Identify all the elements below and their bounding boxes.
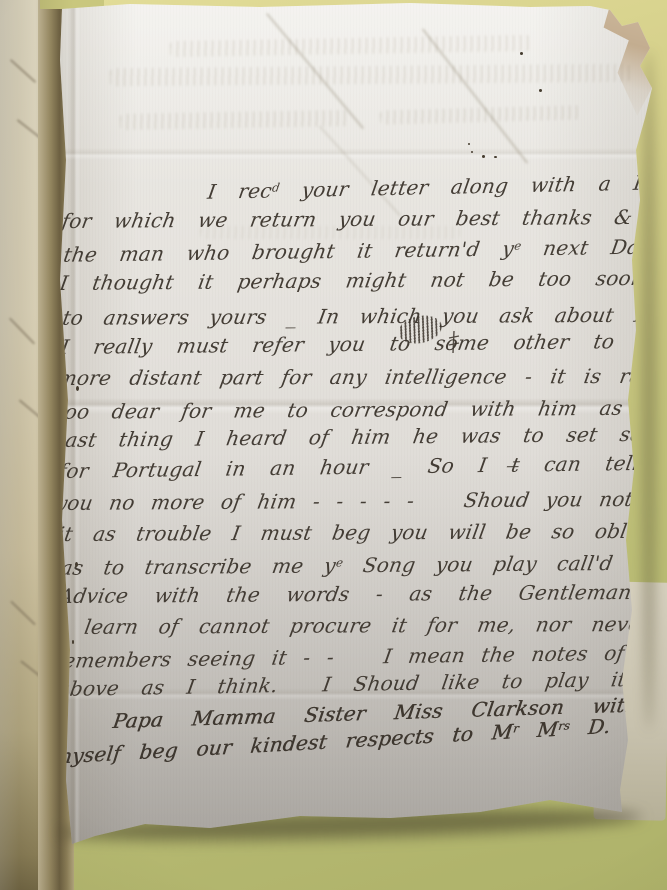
letter-line: for Portugal in an hour _ So I t̶ can te…: [57, 450, 641, 484]
letter-line: it as trouble I must beg you will be so …: [56, 518, 667, 547]
letter-line: you no more of him - - - - - Shoud you n…: [54, 486, 667, 516]
ink-speck: [539, 89, 542, 92]
ink-speck: [471, 151, 473, 153]
ink-speck: [468, 143, 470, 145]
letter-line: Advice with the words - as the Gentleman: [57, 579, 634, 609]
ink-speck: [72, 640, 74, 644]
ink-speck: [76, 386, 79, 391]
ink-speck: [494, 156, 497, 158]
letter-line: I recd your letter along with a Hare: [206, 166, 667, 205]
ghost-writing-mark: [10, 600, 36, 625]
letter-text: I recd your letter along with a Harefor …: [50, 0, 667, 868]
ghost-writing-mark: [10, 59, 37, 83]
letter-line: for which we return you our best thanks …: [60, 204, 667, 234]
page-shadow: [642, 50, 656, 730]
photo-of-handwritten-letter: I recd your letter along with a Harefor …: [0, 0, 667, 890]
ink-speck: [482, 155, 485, 158]
insertion-mark-glyph: [448, 330, 460, 354]
letter-page: I recd your letter along with a Harefor …: [50, 0, 667, 868]
letter-line: too dear for me to correspond with him a…: [55, 392, 667, 425]
letter-line: the man who brought it return'd ye next …: [62, 231, 654, 268]
letter-line: as to transcribe me ye Song you play cal…: [59, 547, 616, 581]
insertion-mark: [448, 330, 460, 354]
letter-line: I thought it perhaps might not be too so…: [58, 265, 646, 296]
ink-speck: [75, 562, 78, 567]
ghost-writing-mark: [9, 317, 35, 344]
letter-line: I really must refer you to some other to…: [59, 327, 667, 360]
letter-line: more distant part for any intelligence -…: [56, 363, 667, 391]
letter-line: I learn of cannot procure it for me, nor…: [54, 611, 653, 640]
ink-speck: [520, 52, 523, 55]
letter-line: last thing I heard of him he was to set …: [57, 421, 658, 453]
letter-line: to answers yours _ In which you ask abou…: [61, 299, 667, 331]
